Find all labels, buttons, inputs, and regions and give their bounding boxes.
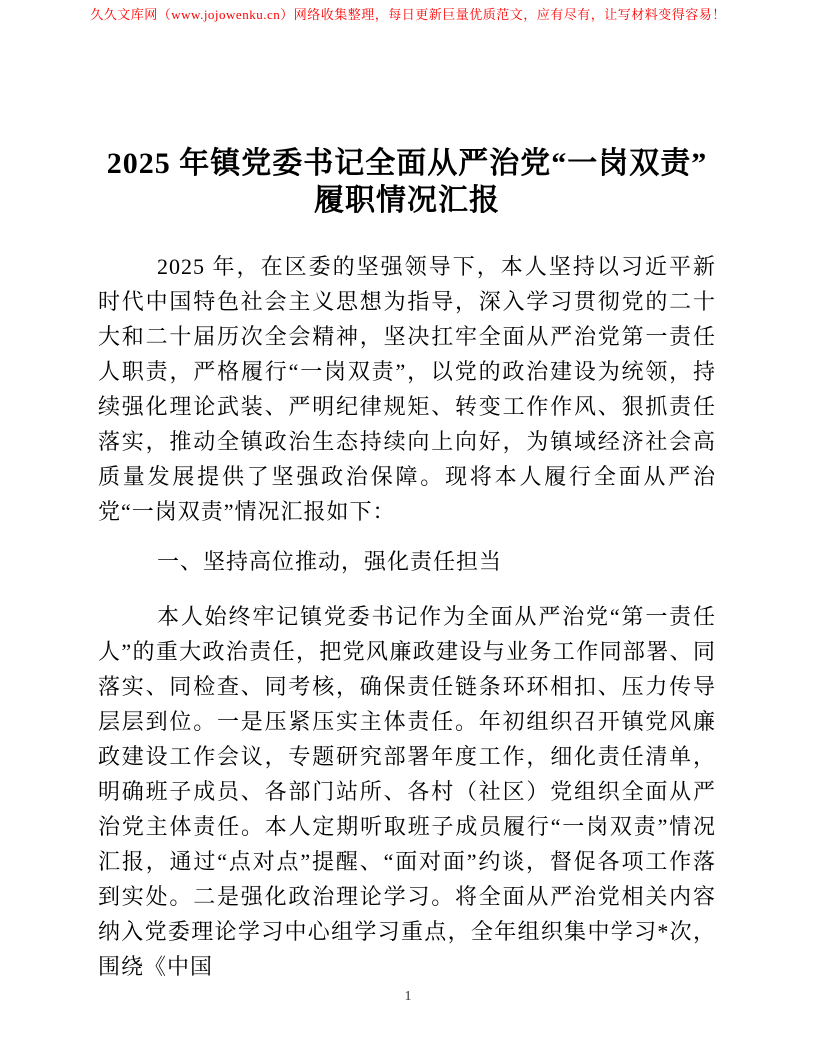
document-page: 久久文库网（www.jojowenku.cn）网络收集整理，每日更新巨量优质范文… bbox=[0, 0, 816, 1056]
document-title: 2025 年镇党委书记全面从严治党“一岗双责” 履职情况汇报 bbox=[98, 145, 716, 219]
section-paragraph-1: 本人始终牢记镇党委书记作为全面从严治党“第一责任人”的重大政治责任，把党风廉政建… bbox=[98, 599, 716, 984]
document-content: 2025 年镇党委书记全面从严治党“一岗双责” 履职情况汇报 2025 年，在区… bbox=[98, 0, 716, 984]
title-line-2: 履职情况汇报 bbox=[98, 182, 716, 219]
title-line-1: 2025 年镇党委书记全面从严治党“一岗双责” bbox=[98, 145, 716, 182]
section-heading-1: 一、坚持高位推动，强化责任担当 bbox=[98, 544, 716, 579]
page-number: 1 bbox=[0, 988, 816, 1006]
intro-paragraph: 2025 年，在区委的坚强领导下，本人坚持以习近平新时代中国特色社会主义思想为指… bbox=[98, 249, 716, 529]
